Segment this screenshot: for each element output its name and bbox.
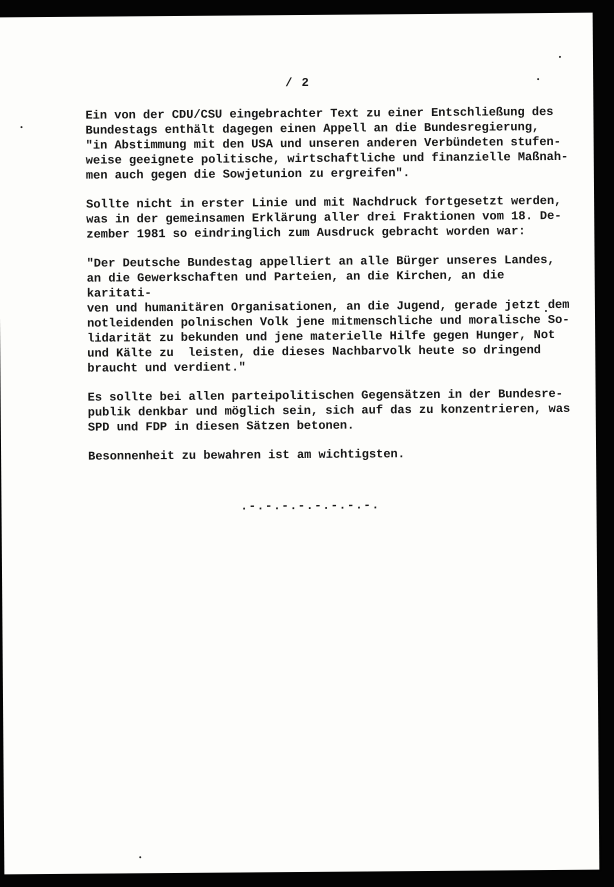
end-of-text-separator: .-.-.-.-.-.-.-.-.	[240, 497, 573, 515]
paragraph-cdu-csu-entschliessung: Ein von der CDU/CSU eingebrachter Text z…	[85, 105, 571, 184]
scan-speck	[20, 126, 22, 128]
paragraph-parteipolitische-gegensaetze: Es sollte bei allen parteipolitischen Ge…	[88, 387, 573, 436]
scan-speck	[139, 856, 141, 858]
paragraph-bundestag-appell-zitat: "Der Deutsche Bundestag appelliert an al…	[87, 253, 573, 377]
scanner-background: { "colors": { "background": "#040404", "…	[0, 0, 614, 887]
paragraph-sollte-fortgesetzt: Sollte nicht in erster Linie und mit Nac…	[86, 194, 571, 243]
document-body: Ein von der CDU/CSU eingebrachter Text z…	[85, 105, 573, 516]
scan-speck	[559, 56, 561, 58]
paragraph-besonnenheit: Besonnenheit zu bewahren ist am wichtigs…	[88, 446, 573, 465]
scan-speck	[537, 78, 539, 80]
scan-speck	[545, 310, 547, 312]
page-number: / 2	[285, 76, 310, 90]
document-page: / 2 Ein von der CDU/CSU eingebrachter Te…	[0, 13, 599, 875]
